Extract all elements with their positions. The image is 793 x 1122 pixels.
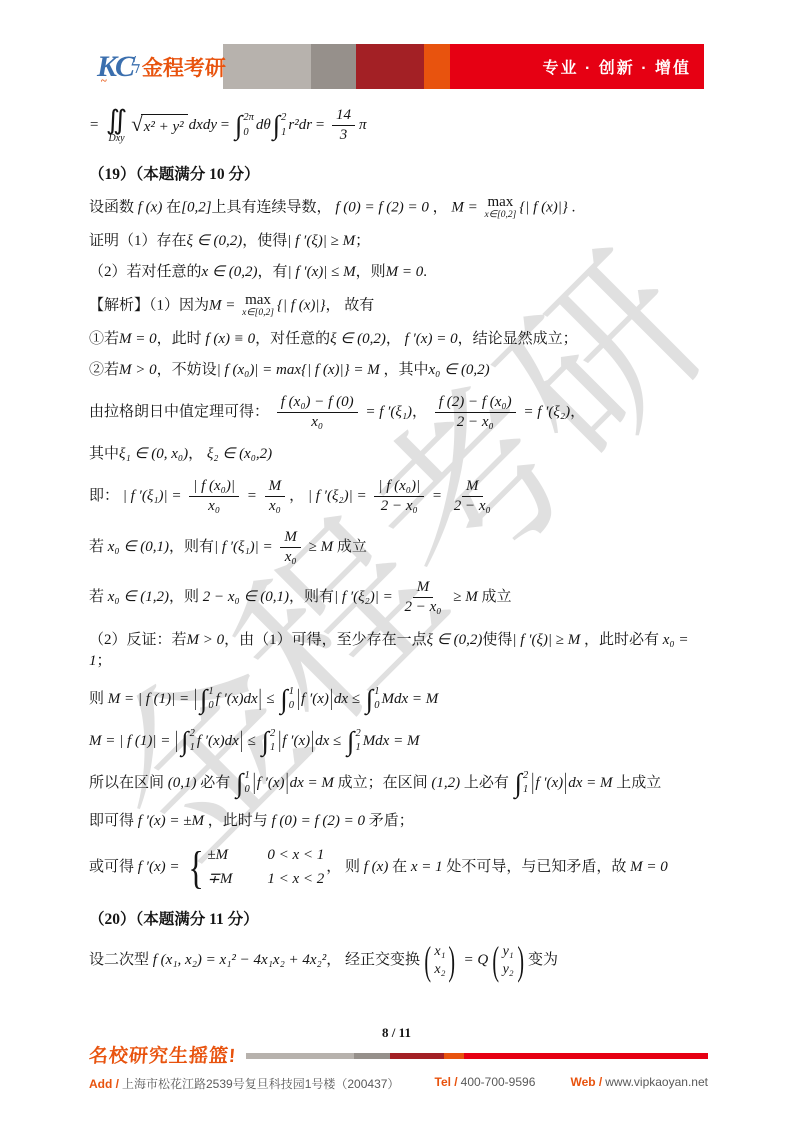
fraction: Mx₀ bbox=[265, 478, 286, 516]
math-run: | f ′(ξ₂)| = bbox=[308, 488, 370, 504]
integral-sign: ∫ bbox=[515, 770, 522, 797]
fraction-denominator: 2 − x₀ bbox=[401, 598, 446, 616]
text-run: 上成立 bbox=[612, 775, 661, 791]
math-run: f (0) = f (2) = 0 bbox=[271, 813, 365, 829]
math-run: | f ′(ξ)| ≥ M bbox=[287, 233, 355, 249]
integral-upper-limit: 1 bbox=[374, 685, 379, 700]
page-number: 8 / 11 bbox=[0, 1025, 793, 1041]
footer-web-label: Web / bbox=[570, 1075, 602, 1089]
math-run: x₀ ∈ (0,2) bbox=[429, 362, 490, 378]
integral-limits: 21 bbox=[281, 111, 286, 140]
square-root: √x² + y² bbox=[131, 114, 187, 138]
text-run: . bbox=[423, 264, 427, 280]
math-run: M = 0 bbox=[386, 264, 424, 280]
case-value: ±M bbox=[207, 845, 243, 866]
math-run: x₀ ∈ (0,1) bbox=[108, 539, 169, 555]
integral: ∫21 bbox=[273, 111, 287, 140]
math-run: x ∈ (0,2) bbox=[202, 264, 258, 280]
text-run: ②若 bbox=[89, 362, 119, 378]
math-run: x₀ ∈ (1,2) bbox=[108, 589, 169, 605]
big-delimiter: | bbox=[297, 683, 300, 716]
integral-lower-limit: 1 bbox=[355, 741, 360, 756]
math-run: x = 1 bbox=[411, 859, 443, 875]
footer-bar-segment-orange bbox=[444, 1053, 464, 1059]
math-run: f ′(x) bbox=[535, 775, 563, 791]
integral-upper-limit: 2 bbox=[270, 727, 275, 742]
text-run: ，此时与 bbox=[204, 813, 272, 829]
math-run: | f ′(x)| ≤ M bbox=[288, 264, 356, 280]
fraction: | f (x₀)|x₀ bbox=[189, 478, 239, 516]
integral-sign: ∫ bbox=[366, 686, 373, 713]
text-run: 由拉格朗日中值定理可得： bbox=[89, 404, 273, 420]
integral-sign: ∫ bbox=[235, 112, 242, 139]
math-run: f ′(x)dx bbox=[216, 691, 258, 707]
text-run: ，使得 bbox=[242, 233, 287, 249]
case-condition: 1 < x < 2 bbox=[267, 869, 324, 890]
fraction-numerator: f (x₀) − f (0) bbox=[277, 394, 358, 413]
math-run: {| f (x)|} bbox=[277, 297, 326, 313]
math-run: | f ′(ξ₂)| = bbox=[334, 589, 396, 605]
integral-sign: ∫ bbox=[181, 728, 188, 755]
math-run: M > 0 bbox=[119, 362, 157, 378]
integral-lower-limit: 1 bbox=[190, 741, 195, 756]
footer-bar-segment-red bbox=[464, 1053, 708, 1059]
fraction-denominator: 2 − x₀ bbox=[377, 497, 422, 515]
line-lagrange: 由拉格朗日中值定理可得： f (x₀) − f (0)x₀ = f ′(ξ₁)，… bbox=[89, 394, 713, 432]
math-run: (1,2) bbox=[431, 775, 460, 791]
math-run: f ′(x) = bbox=[138, 859, 183, 875]
integral-limits: 10 bbox=[374, 685, 379, 714]
line-q19-part1: 证明（1）存在ξ ∈ (0,2)，使得| f ′(ξ)| ≥ M； bbox=[89, 231, 713, 252]
text-run: 上具有连续导数， bbox=[212, 199, 336, 215]
integral-limits: 21 bbox=[355, 727, 360, 756]
big-delimiter: | bbox=[330, 683, 333, 716]
footer-web: Web /www.vipkaoyan.net bbox=[570, 1075, 708, 1092]
math-run: | f ′(ξ₁)| = bbox=[123, 488, 185, 504]
math-run: | f (x₀)| = max{| f (x)|} = M bbox=[217, 362, 380, 378]
text-run: 即可得 bbox=[89, 813, 138, 829]
integral: ∫2π0 bbox=[235, 111, 254, 140]
line-derivative-values: 即： | f ′(ξ₁)| = | f (x₀)|x₀ = Mx₀， | f ′… bbox=[89, 478, 713, 516]
math-run: f ′(x) bbox=[301, 691, 329, 707]
integral-lower-limit: 1 bbox=[281, 126, 286, 141]
math-run: [0,2] bbox=[181, 199, 211, 215]
text-run: 变为 bbox=[528, 952, 558, 968]
integral-sign: ∫ bbox=[200, 686, 207, 713]
fraction: M2 − x₀ bbox=[450, 478, 495, 516]
line-q20-setup: 设二次型 f (x₁, x₂) = x₁² − 4x₁x₂ + 4x₂²， 经正… bbox=[89, 943, 713, 978]
math-run: = Q bbox=[460, 952, 488, 968]
text-run: 则 bbox=[89, 691, 108, 707]
line-x0-in-01: 若 x₀ ∈ (0,1)，则有| f ′(ξ₁)| = Mx₀ ≥ M 成立 bbox=[89, 529, 713, 567]
math-run: f ′(x)dx bbox=[197, 733, 239, 749]
text-run: 在 bbox=[388, 859, 411, 875]
text-run: ， 故有 bbox=[325, 297, 374, 313]
integral: ∫10 bbox=[366, 685, 380, 714]
text-run: ， bbox=[289, 488, 308, 504]
math-run: dx ≤ bbox=[334, 691, 364, 707]
footer-tel-label: Tel / bbox=[435, 1075, 458, 1089]
line-q19-setup: 设函数 f (x) 在[0,2]上具有连续导数， f (0) = f (2) =… bbox=[89, 195, 713, 221]
integral-upper-limit: 2π bbox=[243, 111, 254, 126]
math-run: ≥ M bbox=[305, 539, 333, 555]
math-run: f (x) bbox=[138, 199, 163, 215]
math-run: ξ₁ ∈ (0, x₀) bbox=[119, 446, 188, 462]
text-run: 使得 bbox=[482, 632, 512, 648]
big-delimiter: | bbox=[531, 767, 534, 800]
fraction-denominator: x₀ bbox=[281, 548, 301, 566]
line-case2: ②若M > 0，不妨设| f (x₀)| = max{| f (x)|} = M… bbox=[89, 360, 713, 381]
double-integral: ∬Dxy bbox=[106, 107, 127, 144]
integral-limits: 21 bbox=[190, 727, 195, 756]
footer-bar-segment-lightgray bbox=[246, 1053, 354, 1059]
line-q19-heading: （19）（本题满分 10 分） bbox=[89, 164, 713, 186]
integral-lower-limit: 0 bbox=[243, 126, 254, 141]
integral-upper-limit: 2 bbox=[523, 769, 528, 784]
operator-underscript: x∈[0,2] bbox=[242, 309, 274, 319]
math-run: Mdx = M bbox=[363, 733, 420, 749]
footer-brand-row: 名校研究生摇篮! bbox=[89, 1041, 708, 1068]
text-run: 证明（1）存在 bbox=[89, 233, 187, 249]
document-page: 金程考研 KC ϟ ~ 金程考研 专业 · 创新 · 增值 = ∬Dxy√x² … bbox=[0, 0, 793, 1122]
integral-limits: 2π0 bbox=[243, 111, 254, 140]
piecewise-cases: {±M0 < x < 1∓M1 < x < 2 bbox=[185, 845, 324, 890]
fraction-numerator: M bbox=[462, 478, 483, 497]
math-run: f ′(x) = 0 bbox=[405, 331, 458, 347]
integral-lower-limit: 1 bbox=[523, 783, 528, 798]
integral: ∫21 bbox=[262, 727, 276, 756]
fraction-denominator: 2 − x₀ bbox=[453, 413, 498, 431]
math-run: = bbox=[89, 117, 103, 133]
big-delimiter: | bbox=[194, 683, 197, 716]
math-run: ξ ∈ (0,2) bbox=[187, 233, 243, 249]
text-run: ，有 bbox=[257, 264, 287, 280]
case-condition: 0 < x < 1 bbox=[267, 845, 324, 866]
footer-address-value: 上海市松花江路2539号复旦科技园1号楼（200437） bbox=[122, 1077, 399, 1091]
text-run: 成立；在区间 bbox=[334, 775, 432, 791]
integral-limits: 21 bbox=[270, 727, 275, 756]
fraction-numerator: f (2) − f (x₀) bbox=[435, 394, 516, 413]
integral-lower-limit: 0 bbox=[208, 699, 213, 714]
text-run: = bbox=[217, 117, 233, 133]
fraction-numerator: 14 bbox=[332, 107, 355, 126]
integral-upper-limit: 2 bbox=[190, 727, 195, 742]
math-run: | f ′(ξ)| ≥ M bbox=[512, 632, 580, 648]
math-run: M = | f (1)| = bbox=[89, 733, 174, 749]
operator-underscript: x∈[0,2] bbox=[485, 211, 517, 221]
text-run: ，其中 bbox=[380, 362, 429, 378]
line-m-f1-integral-01: 则 M = | f (1)| = |∫10f ′(x)dx| ≤ ∫10|f ′… bbox=[89, 685, 713, 714]
text-run: ，则 bbox=[169, 589, 203, 605]
line-part2-contradiction: （2）反证：若M > 0，由（1）可得，至少存在一点ξ ∈ (0,2)使得| f… bbox=[89, 630, 713, 672]
line-case1: ①若M = 0，此时 f (x) ≡ 0，对任意的ξ ∈ (0,2)， f ′(… bbox=[89, 329, 713, 350]
page-header: KC ϟ ~ 金程考研 专业 · 创新 · 增值 bbox=[97, 44, 704, 89]
big-delimiter: | bbox=[311, 725, 314, 758]
operator-with-underscript: maxx∈[0,2] bbox=[242, 293, 274, 319]
vector-entries: y₁y₂ bbox=[503, 943, 514, 978]
footer-brand-text: 名校研究生摇篮! bbox=[88, 1041, 237, 1068]
line-interval-musts: 所以在区间 (0,1) 必有 ∫10|f ′(x)|dx = M 成立；在区间 … bbox=[89, 769, 713, 798]
header-bar-segment-gray bbox=[311, 44, 356, 89]
vector-entry: x₁ bbox=[434, 943, 445, 961]
jincheng-logo: KC ϟ ~ 金程考研 bbox=[97, 44, 223, 89]
integral-sign: ∫ bbox=[262, 728, 269, 755]
fraction: f (2) − f (x₀)2 − x₀ bbox=[435, 394, 516, 432]
math-run: (0,1) bbox=[168, 775, 197, 791]
header-slogan: 专业 · 创新 · 增值 bbox=[543, 55, 691, 78]
text-run: （2）若对任意的 bbox=[89, 264, 202, 280]
integral-upper-limit: 2 bbox=[355, 727, 360, 742]
text-run: 所以在区间 bbox=[89, 775, 168, 791]
line-x0-in-12: 若 x₀ ∈ (1,2)，则 2 − x₀ ∈ (0,1)，则有| f ′(ξ₂… bbox=[89, 579, 713, 617]
footer-address: Add /上海市松花江路2539号复旦科技园1号楼（200437） bbox=[89, 1075, 399, 1092]
footer-address-label: Add / bbox=[89, 1077, 119, 1091]
fraction-numerator: M bbox=[413, 579, 434, 598]
fraction-denominator: 2 − x₀ bbox=[450, 497, 495, 515]
integral-lower-limit: 0 bbox=[289, 699, 294, 714]
text-run: 上必有 bbox=[460, 775, 513, 791]
text-run: ，此时必有 bbox=[580, 632, 663, 648]
text-run: 成立 bbox=[478, 589, 512, 605]
text-run: 矛盾； bbox=[365, 813, 414, 829]
integral-upper-limit: 1 bbox=[289, 685, 294, 700]
line-m-f1-integral-12: M = | f (1)| = |∫21f ′(x)dx| ≤ ∫21|f ′(x… bbox=[89, 727, 713, 756]
math-run: dx = M bbox=[290, 775, 334, 791]
text-run: 即： bbox=[89, 488, 123, 504]
math-run: dx ≤ bbox=[315, 733, 345, 749]
operator-name: max bbox=[245, 293, 271, 309]
footer-web-value: www.vipkaoyan.net bbox=[605, 1075, 708, 1089]
integral: ∫21 bbox=[515, 769, 529, 798]
integral-lower-limit: 0 bbox=[244, 783, 249, 798]
text-run: （20）（本题满分 11 分） bbox=[89, 911, 259, 928]
fraction-denominator: 3 bbox=[336, 126, 352, 144]
big-delimiter: | bbox=[253, 767, 256, 800]
big-delimiter: | bbox=[259, 683, 262, 716]
close-paren: ) bbox=[449, 944, 456, 978]
vector-entries: x₁x₂ bbox=[434, 943, 445, 978]
open-paren: ( bbox=[424, 944, 431, 978]
vector-entry: x₂ bbox=[434, 961, 445, 979]
text-run: ，对任意的 bbox=[255, 331, 330, 347]
fraction: Mx₀ bbox=[280, 529, 301, 567]
math-run: M = 0 bbox=[119, 331, 157, 347]
line-result-polar-integral: = ∬Dxy√x² + y²dxdy = ∫2π0dθ∫21r²dr = 143… bbox=[89, 107, 713, 145]
math-run: r²dr bbox=[288, 117, 312, 133]
integral-sign: ∫ bbox=[280, 686, 287, 713]
fraction: f (x₀) − f (0)x₀ bbox=[277, 394, 358, 432]
math-run: ≥ M bbox=[450, 589, 478, 605]
double-integral-domain: Dxy bbox=[108, 134, 124, 144]
column-vector: (x₁x₂) bbox=[421, 943, 459, 978]
text-run: ； bbox=[355, 233, 370, 249]
integral: ∫21 bbox=[347, 727, 361, 756]
text-run: ， bbox=[429, 199, 452, 215]
math-run: M = bbox=[451, 199, 481, 215]
math-run: dx = M bbox=[568, 775, 612, 791]
fraction: | f (x₀)|2 − x₀ bbox=[374, 478, 424, 516]
big-delimiter: | bbox=[278, 725, 281, 758]
math-run: f (x₁, x₂) = x₁² − 4x₁x₂ + 4x₂² bbox=[153, 952, 327, 968]
text-run: ，由（1）可得，至少存在一点 bbox=[224, 632, 427, 648]
text-run: ， bbox=[412, 404, 431, 420]
fraction-numerator: | f (x₀)| bbox=[189, 478, 239, 497]
text-run: 其中 bbox=[89, 446, 119, 462]
logo-tilde-icon: ~ bbox=[101, 75, 107, 87]
fraction-numerator: | f (x₀)| bbox=[374, 478, 424, 497]
text-run: （2）反证：若 bbox=[89, 632, 187, 648]
math-run: = bbox=[243, 488, 261, 504]
math-run: M > 0 bbox=[187, 632, 225, 648]
integral-limits: 10 bbox=[208, 685, 213, 714]
text-run: ，则 bbox=[356, 264, 386, 280]
integral: ∫21 bbox=[181, 727, 195, 756]
integral-sign: ∫ bbox=[236, 770, 243, 797]
text-run: ， 经正交变换 bbox=[326, 952, 420, 968]
text-run: 若 bbox=[89, 539, 108, 555]
text-run: （19）（本题满分 10 分） bbox=[89, 166, 260, 183]
integral-upper-limit: 1 bbox=[244, 769, 249, 784]
fraction-denominator: x₀ bbox=[265, 497, 285, 515]
big-delimiter: | bbox=[286, 767, 289, 800]
integral: ∫10 bbox=[236, 769, 250, 798]
text-run: 或可得 bbox=[89, 859, 138, 875]
open-paren: ( bbox=[493, 944, 500, 978]
fraction-numerator: M bbox=[265, 478, 286, 497]
text-run: ，不妨设 bbox=[157, 362, 217, 378]
math-run: ≤ bbox=[263, 691, 279, 707]
close-paren: ) bbox=[517, 944, 524, 978]
text-run: ，此时 bbox=[157, 331, 206, 347]
math-run: dxdy bbox=[189, 117, 217, 133]
integral-lower-limit: 0 bbox=[374, 699, 379, 714]
fraction: 143 bbox=[332, 107, 355, 145]
math-run: = bbox=[428, 488, 446, 504]
footer-tel-value: 400-700-9596 bbox=[461, 1075, 536, 1089]
line-fprime-cases: 或可得 f ′(x) = {±M0 < x < 1∓M1 < x < 2， 则 … bbox=[89, 845, 713, 890]
integral-upper-limit: 2 bbox=[281, 111, 286, 126]
cases-row: ∓M1 < x < 2 bbox=[207, 869, 324, 890]
text-run: 若 bbox=[89, 589, 108, 605]
math-run: = f ′(ξ₁) bbox=[362, 404, 412, 420]
line-analysis-intro: 【解析】（1）因为M = maxx∈[0,2]{| f (x)|}， 故有 bbox=[89, 293, 713, 319]
math-run: M = bbox=[209, 297, 239, 313]
text-run: ， bbox=[570, 404, 585, 420]
line-xi-ranges: 其中ξ₁ ∈ (0, x₀)， ξ₂ ∈ (x₀,2) bbox=[89, 444, 713, 465]
text-run: ， bbox=[386, 331, 405, 347]
text-run: ①若 bbox=[89, 331, 119, 347]
vector-entry: y₁ bbox=[503, 943, 514, 961]
integral: ∫10 bbox=[280, 685, 294, 714]
text-run: ； bbox=[97, 653, 112, 669]
text-run: = bbox=[312, 117, 328, 133]
integral-limits: 10 bbox=[244, 769, 249, 798]
math-run: f ′(x) bbox=[257, 775, 285, 791]
math-run: dθ bbox=[256, 117, 271, 133]
column-vector: (y₁y₂) bbox=[489, 943, 527, 978]
math-run: f (x) bbox=[364, 859, 389, 875]
line-q20-heading: （20）（本题满分 11 分） bbox=[89, 909, 713, 931]
footer-bar bbox=[246, 1053, 708, 1059]
text-run: ， bbox=[188, 446, 207, 462]
integral-limits: 10 bbox=[289, 685, 294, 714]
cases-rows: ±M0 < x < 1∓M1 < x < 2 bbox=[207, 845, 324, 890]
fraction-denominator: x₀ bbox=[204, 497, 224, 515]
fraction-denominator: x₀ bbox=[307, 413, 327, 431]
case-value: ∓M bbox=[207, 869, 243, 890]
math-run: Mdx = M bbox=[381, 691, 438, 707]
logo-brand-text: 金程考研 bbox=[142, 52, 226, 82]
math-run: f (0) = f (2) = 0 bbox=[335, 199, 429, 215]
logo-lightning-icon: ϟ bbox=[130, 53, 141, 80]
footer-bar-segment-gray bbox=[354, 1053, 390, 1059]
footer-contact-row: Add /上海市松花江路2539号复旦科技园1号楼（200437） Tel /4… bbox=[89, 1075, 708, 1092]
text-run: 处不可导，与已知矛盾，故 bbox=[443, 859, 631, 875]
integral-lower-limit: 1 bbox=[270, 741, 275, 756]
math-run: f ′(x) bbox=[282, 733, 310, 749]
text-run: 【解析】（1）因为 bbox=[89, 297, 209, 313]
page-footer: 名校研究生摇篮! Add /上海市松花江路2539号复旦科技园1号楼（20043… bbox=[89, 1041, 708, 1092]
text-run: ，结论显然成立； bbox=[458, 331, 578, 347]
text-run: 在 bbox=[162, 199, 181, 215]
text-run: ，则有 bbox=[169, 539, 214, 555]
header-bar-segment-darkred bbox=[356, 44, 424, 89]
operator-name: max bbox=[487, 195, 513, 211]
math-run: f ′(x) = ±M bbox=[138, 813, 204, 829]
header-bar-segment-orange bbox=[424, 44, 450, 89]
math-run: M = | f (1)| = bbox=[108, 691, 193, 707]
math-run: ≤ bbox=[244, 733, 260, 749]
integral-sign: ∫ bbox=[347, 728, 354, 755]
radicand: x² + y² bbox=[141, 114, 188, 138]
math-run: {| f (x)|} bbox=[519, 199, 568, 215]
integral-upper-limit: 1 bbox=[208, 685, 213, 700]
integral-sign: ∫ bbox=[273, 112, 280, 139]
fraction: M2 − x₀ bbox=[401, 579, 446, 617]
text-run: 必有 bbox=[197, 775, 235, 791]
big-delimiter: | bbox=[240, 725, 243, 758]
math-run: ξ₂ ∈ (x₀,2) bbox=[207, 446, 272, 462]
text-run: ， 则 bbox=[326, 859, 364, 875]
text-run: 设二次型 bbox=[89, 952, 153, 968]
operator-with-underscript: maxx∈[0,2] bbox=[485, 195, 517, 221]
math-run: | f ′(ξ₁)| = bbox=[214, 539, 276, 555]
math-run: = f ′(ξ₂) bbox=[520, 404, 570, 420]
header-bar-segment-red: 专业 · 创新 · 增值 bbox=[450, 44, 704, 89]
vector-entry: y₂ bbox=[503, 961, 514, 979]
cases-brace: { bbox=[189, 848, 204, 887]
document-content: = ∬Dxy√x² + y²dxdy = ∫2π0dθ∫21r²dr = 143… bbox=[89, 94, 713, 991]
footer-tel: Tel /400-700-9596 bbox=[435, 1075, 536, 1092]
math-run: f (x) ≡ 0 bbox=[205, 331, 255, 347]
integral-limits: 21 bbox=[523, 769, 528, 798]
cases-row: ±M0 < x < 1 bbox=[207, 845, 324, 866]
big-delimiter: | bbox=[175, 725, 178, 758]
math-run: π bbox=[359, 117, 367, 133]
text-run: . bbox=[568, 199, 576, 215]
text-run: ，则有 bbox=[289, 589, 334, 605]
line-fprime-pm: 即可得 f ′(x) = ±M ，此时与 f (0) = f (2) = 0 矛… bbox=[89, 811, 713, 832]
math-run: ξ ∈ (0,2) bbox=[427, 632, 483, 648]
footer-bar-segment-darkred bbox=[390, 1053, 444, 1059]
big-delimiter: | bbox=[564, 767, 567, 800]
math-run: ξ ∈ (0,2) bbox=[330, 331, 386, 347]
text-run: 设函数 bbox=[89, 199, 138, 215]
integral: ∫10 bbox=[200, 685, 214, 714]
line-q19-part2: （2）若对任意的x ∈ (0,2)，有| f ′(x)| ≤ M，则M = 0. bbox=[89, 262, 713, 283]
header-bar-segment-lightgray bbox=[223, 44, 311, 89]
double-integral-sign: ∬ bbox=[106, 107, 127, 134]
